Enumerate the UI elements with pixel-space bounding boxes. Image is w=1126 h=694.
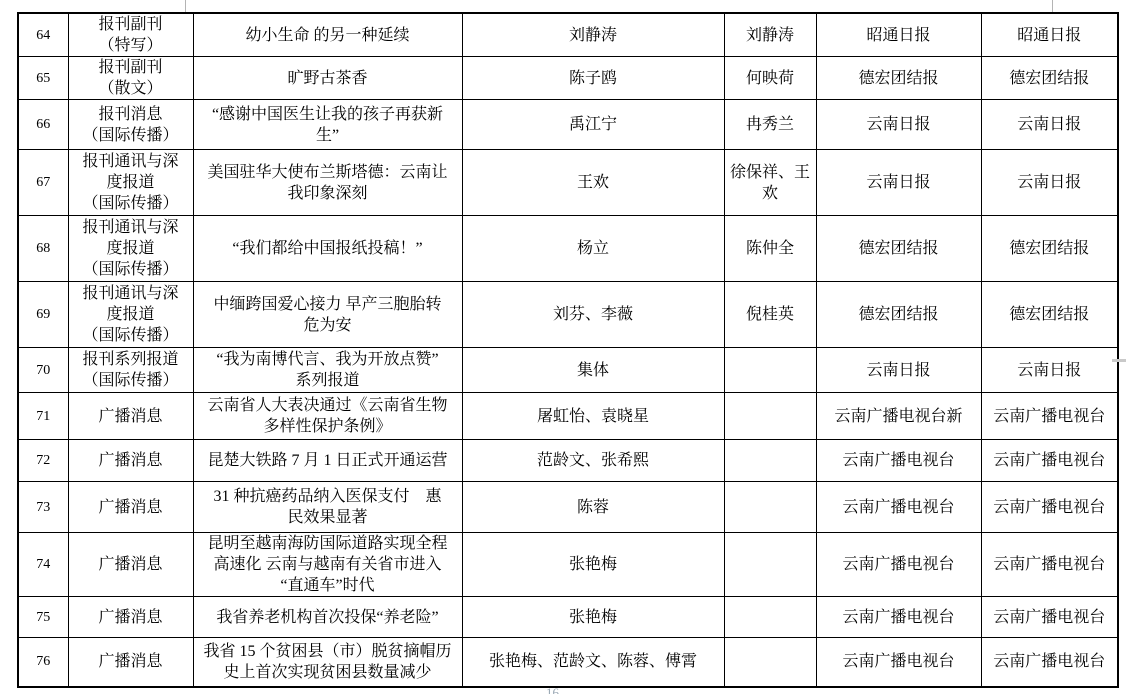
cell-number: 66 — [18, 100, 68, 150]
cell-title: 云南省人大表决通过《云南省生物 多样性保护条例》 — [193, 393, 462, 440]
table-row: 66 报刊消息 （国际传播） “感谢中国医生让我的孩子再获新 生” 禹江宁 冉秀… — [18, 100, 1118, 150]
cell-editor — [724, 440, 816, 482]
cell-category: 报刊副刊 （散文） — [68, 57, 193, 100]
cell-organization-2: 德宏团结报 — [981, 57, 1118, 100]
cell-organization-2: 云南广播电视台 — [981, 482, 1118, 533]
cell-organization-1: 云南广播电视台 — [816, 638, 981, 687]
cell-organization-1: 云南日报 — [816, 348, 981, 393]
table-row: 68 报刊通讯与深 度报道 （国际传播） “我们都给中国报纸投稿！” 杨立 陈仲… — [18, 216, 1118, 282]
cell-editor — [724, 482, 816, 533]
cell-organization-1: 云南广播电视台 — [816, 440, 981, 482]
cell-category: 广播消息 — [68, 440, 193, 482]
cell-editor: 倪桂英 — [724, 282, 816, 348]
cell-organization-2: 昭通日报 — [981, 13, 1118, 57]
cell-category: 报刊通讯与深 度报道 （国际传播） — [68, 282, 193, 348]
cell-organization-2: 云南日报 — [981, 150, 1118, 216]
cell-title: “我们都给中国报纸投稿！” — [193, 216, 462, 282]
cell-number: 67 — [18, 150, 68, 216]
cell-author: 陈蓉 — [462, 482, 724, 533]
table-row: 73 广播消息 31 种抗癌药品纳入医保支付 惠 民效果显著 陈蓉 云南广播电视… — [18, 482, 1118, 533]
right-edge-mark — [1112, 359, 1126, 362]
cell-organization-2: 云南广播电视台 — [981, 638, 1118, 687]
table-row: 67 报刊通讯与深 度报道 （国际传播） 美国驻华大使布兰斯塔德：云南让 我印象… — [18, 150, 1118, 216]
cell-category: 广播消息 — [68, 393, 193, 440]
table-row: 76 广播消息 我省 15 个贫困县（市）脱贫摘帽历 史上首次实现贫困县数量减少… — [18, 638, 1118, 687]
cell-category: 广播消息 — [68, 482, 193, 533]
cell-author: 集体 — [462, 348, 724, 393]
table-row: 65 报刊副刊 （散文） 旷野古茶香 陈子鸥 何映荷 德宏团结报 德宏团结报 — [18, 57, 1118, 100]
cell-author: 张艳梅 — [462, 597, 724, 638]
cell-category: 广播消息 — [68, 638, 193, 687]
cell-title: 幼小生命 的另一种延续 — [193, 13, 462, 57]
table-row: 72 广播消息 昆楚大铁路 7 月 1 日正式开通运营 范龄文、张希熙 云南广播… — [18, 440, 1118, 482]
cell-author: 刘静涛 — [462, 13, 724, 57]
cell-editor — [724, 638, 816, 687]
cell-editor: 陈仲全 — [724, 216, 816, 282]
cell-category: 报刊通讯与深 度报道 （国际传播） — [68, 216, 193, 282]
cell-number: 73 — [18, 482, 68, 533]
cell-category: 报刊通讯与深 度报道 （国际传播） — [68, 150, 193, 216]
cell-author: 禹江宁 — [462, 100, 724, 150]
cell-organization-1: 云南广播电视台 — [816, 533, 981, 597]
cell-editor: 何映荷 — [724, 57, 816, 100]
cell-title: “感谢中国医生让我的孩子再获新 生” — [193, 100, 462, 150]
cell-author: 杨立 — [462, 216, 724, 282]
cell-number: 64 — [18, 13, 68, 57]
cell-author: 张艳梅、范龄文、陈蓉、傅霄 — [462, 638, 724, 687]
cell-number: 71 — [18, 393, 68, 440]
cell-author: 屠虹怡、袁晓星 — [462, 393, 724, 440]
cell-editor: 刘静涛 — [724, 13, 816, 57]
cell-title: “我为南博代言、我为开放点赞” 系列报道 — [193, 348, 462, 393]
cell-author: 范龄文、张希熙 — [462, 440, 724, 482]
cell-title: 31 种抗癌药品纳入医保支付 惠 民效果显著 — [193, 482, 462, 533]
cell-number: 74 — [18, 533, 68, 597]
cell-organization-1: 德宏团结报 — [816, 282, 981, 348]
cell-number: 69 — [18, 282, 68, 348]
cell-author: 陈子鸥 — [462, 57, 724, 100]
cell-number: 65 — [18, 57, 68, 100]
cell-title: 我省 15 个贫困县（市）脱贫摘帽历 史上首次实现贫困县数量减少 — [193, 638, 462, 687]
cell-organization-2: 德宏团结报 — [981, 282, 1118, 348]
page-number: 16 — [546, 685, 559, 694]
cell-organization-1: 云南广播电视台 — [816, 482, 981, 533]
table-row: 64 报刊副刊 （特写） 幼小生命 的另一种延续 刘静涛 刘静涛 昭通日报 昭通… — [18, 13, 1118, 57]
table-row: 69 报刊通讯与深 度报道 （国际传播） 中缅跨国爱心接力 早产三胞胎转 危为安… — [18, 282, 1118, 348]
cell-organization-1: 云南广播电视台 — [816, 597, 981, 638]
cell-editor: 徐保祥、王 欢 — [724, 150, 816, 216]
table-row: 75 广播消息 我省养老机构首次投保“养老险” 张艳梅 云南广播电视台 云南广播… — [18, 597, 1118, 638]
cell-organization-2: 云南广播电视台 — [981, 440, 1118, 482]
cell-number: 72 — [18, 440, 68, 482]
cell-editor: 冉秀兰 — [724, 100, 816, 150]
cell-title: 我省养老机构首次投保“养老险” — [193, 597, 462, 638]
cell-editor — [724, 597, 816, 638]
cell-organization-1: 德宏团结报 — [816, 57, 981, 100]
cell-category: 报刊系列报道 （国际传播） — [68, 348, 193, 393]
cell-title: 昆楚大铁路 7 月 1 日正式开通运营 — [193, 440, 462, 482]
cell-number: 76 — [18, 638, 68, 687]
table-row: 70 报刊系列报道 （国际传播） “我为南博代言、我为开放点赞” 系列报道 集体… — [18, 348, 1118, 393]
awards-table-body: 64 报刊副刊 （特写） 幼小生命 的另一种延续 刘静涛 刘静涛 昭通日报 昭通… — [18, 13, 1118, 687]
table-row: 74 广播消息 昆明至越南海防国际道路实现全程 高速化 云南与越南有关省市进入 … — [18, 533, 1118, 597]
cell-title: 昆明至越南海防国际道路实现全程 高速化 云南与越南有关省市进入 “直通车”时代 — [193, 533, 462, 597]
cell-author: 张艳梅 — [462, 533, 724, 597]
cell-organization-2: 云南广播电视台 — [981, 533, 1118, 597]
cell-number: 75 — [18, 597, 68, 638]
table-row: 71 广播消息 云南省人大表决通过《云南省生物 多样性保护条例》 屠虹怡、袁晓星… — [18, 393, 1118, 440]
cell-organization-2: 云南日报 — [981, 100, 1118, 150]
cell-category: 报刊副刊 （特写） — [68, 13, 193, 57]
cell-number: 68 — [18, 216, 68, 282]
cell-organization-2: 云南广播电视台 — [981, 393, 1118, 440]
page-guide-mark-left — [185, 0, 186, 12]
cell-author: 刘芬、李薇 — [462, 282, 724, 348]
cell-organization-2: 德宏团结报 — [981, 216, 1118, 282]
cell-organization-1: 昭通日报 — [816, 13, 981, 57]
cell-category: 报刊消息 （国际传播） — [68, 100, 193, 150]
cell-number: 70 — [18, 348, 68, 393]
cell-title: 中缅跨国爱心接力 早产三胞胎转 危为安 — [193, 282, 462, 348]
cell-editor — [724, 393, 816, 440]
cell-category: 广播消息 — [68, 533, 193, 597]
cell-category: 广播消息 — [68, 597, 193, 638]
cell-editor — [724, 348, 816, 393]
cell-organization-1: 云南广播电视台新 — [816, 393, 981, 440]
awards-table: 64 报刊副刊 （特写） 幼小生命 的另一种延续 刘静涛 刘静涛 昭通日报 昭通… — [17, 12, 1119, 688]
cell-organization-2: 云南广播电视台 — [981, 597, 1118, 638]
cell-organization-1: 德宏团结报 — [816, 216, 981, 282]
cell-author: 王欢 — [462, 150, 724, 216]
cell-editor — [724, 533, 816, 597]
cell-title: 美国驻华大使布兰斯塔德：云南让 我印象深刻 — [193, 150, 462, 216]
cell-title: 旷野古茶香 — [193, 57, 462, 100]
page-guide-mark-right — [1052, 0, 1053, 12]
cell-organization-2: 云南日报 — [981, 348, 1118, 393]
cell-organization-1: 云南日报 — [816, 100, 981, 150]
cell-organization-1: 云南日报 — [816, 150, 981, 216]
